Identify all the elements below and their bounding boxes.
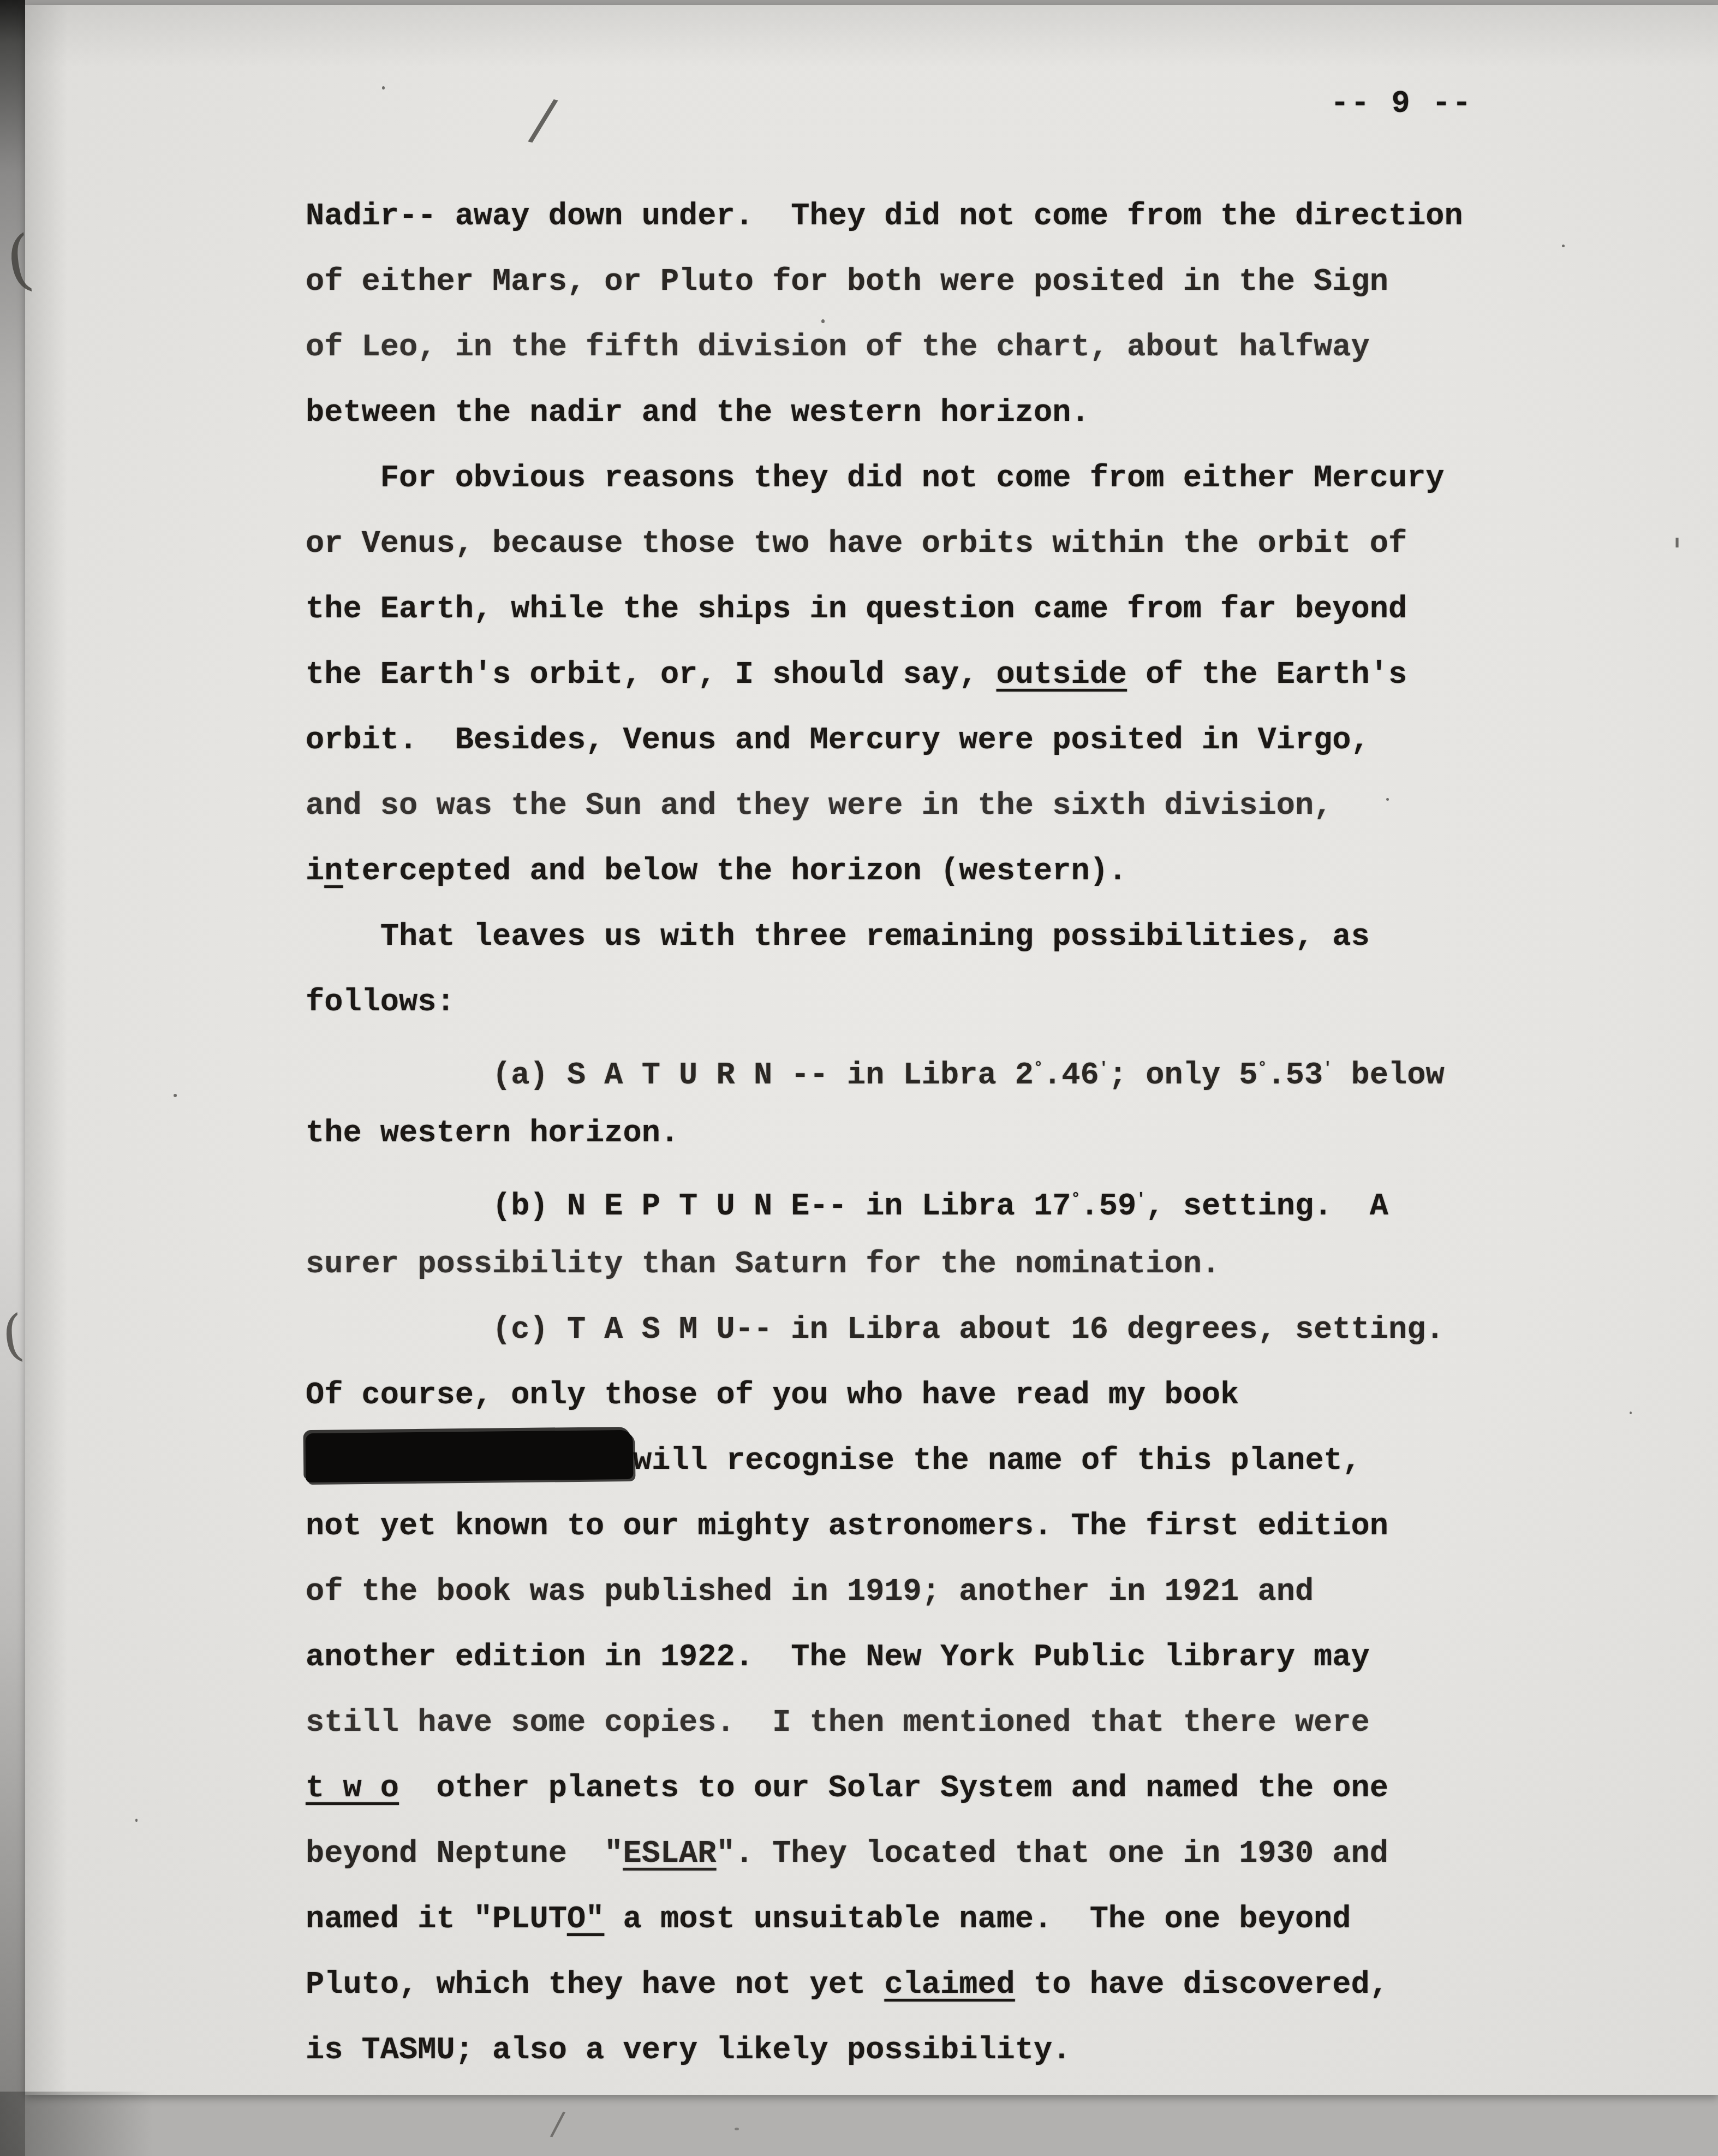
text-segment: Of course, only those of you who have re… [306,1378,1239,1413]
text-segment: ; only 5 [1108,1058,1258,1093]
text-line: and so was the Sun and they were in the … [306,773,1594,839]
scan-edge-left [0,0,25,2156]
text-line: (b) N E P T U N E-- in Libra 17°.59', se… [306,1166,1594,1232]
text-segment: Nadir-- away down under. They did not co… [306,199,1463,234]
text-segment: not yet known to our mighty astronomers.… [306,1509,1388,1544]
text-segment: ' [1099,1059,1108,1077]
text-line: not yet known to our mighty astronomers.… [306,1494,1594,1559]
page-number: -- 9 -- [1331,87,1472,122]
text-segment: and so was the Sun and they were in the … [306,789,1332,824]
text-line: will recognise the name of this planet, [306,1428,1594,1494]
text-line: Of course, only those of you who have re… [306,1363,1594,1428]
underlined-text: ESLAR [623,1837,717,1872]
redaction-block [306,1430,634,1482]
text-line: intercepted and below the horizon (weste… [306,839,1594,904]
text-line: (c) T A S M U-- in Libra about 16 degree… [306,1297,1594,1363]
text-segment: a most unsuitable name. The one beyond [604,1902,1351,1937]
text-segment: follows: [306,985,455,1020]
underlined-text: claimed [884,1968,1015,2003]
text-line: beyond Neptune "ESLAR". They located tha… [306,1821,1594,1887]
text-segment: For obvious reasons they did not come fr… [306,461,1445,496]
text-segment: the Earth, while the ships in question c… [306,592,1407,627]
text-segment: or Venus, because those two have orbits … [306,527,1407,562]
scan-speck [821,319,825,323]
text-segment: beyond Neptune " [306,1837,623,1872]
document-page: -- 9 -- Nadir-- away down under. They di… [25,5,1718,2095]
text-line: surer possibility than Saturn for the no… [306,1232,1594,1297]
scan-speck [735,2128,739,2130]
text-line: another edition in 1922. The New York Pu… [306,1625,1594,1690]
text-line: named it "PLUTO" a most unsuitable name.… [306,1887,1594,1952]
text-segment: another edition in 1922. The New York Pu… [306,1640,1370,1675]
text-segment: is TASMU; also a very likely possibility… [306,2033,1071,2068]
scan-speck [1386,798,1389,801]
scan-speck [1630,1411,1632,1414]
text-segment: tercepted and below the horizon (western… [343,854,1127,889]
text-segment: (c) T A S M U-- in Libra about 16 degree… [306,1313,1445,1348]
scan-edge-top [0,0,1718,5]
text-segment: ° [1258,1059,1267,1077]
scan-corner-shade [0,2092,153,2156]
text-segment: ' [1136,1190,1146,1208]
scan-speck [135,1819,138,1822]
scanned-document: -- 9 -- Nadir-- away down under. They di… [0,0,1718,2156]
pen-mark: / [549,2104,566,2143]
scan-speck [174,1094,177,1097]
text-segment: (b) N E P T U N E-- in Libra 17 [306,1189,1071,1224]
underlined-text: n [324,854,343,889]
text-line: For obvious reasons they did not come fr… [306,446,1594,511]
text-line: of Leo, in the fifth division of the cha… [306,315,1594,380]
text-segment: orbit. Besides, Venus and Mercury were p… [306,723,1370,758]
text-line: the Earth's orbit, or, I should say, out… [306,642,1594,708]
text-segment: .53 [1267,1058,1323,1093]
text-segment: i [306,854,324,889]
text-segment: That leaves us with three remaining poss… [306,920,1370,955]
text-segment: , setting. A [1146,1189,1388,1224]
text-line: Nadir-- away down under. They did not co… [306,184,1594,249]
text-line: Pluto, which they have not yet claimed t… [306,1952,1594,2018]
text-line: the western horizon. [306,1101,1594,1166]
text-segment: Pluto, which they have not yet [306,1968,884,2003]
document-text: Nadir-- away down under. They did not co… [306,184,1594,2083]
pen-mark: ' [1672,531,1682,573]
underlined-text: O" [567,1902,604,1937]
text-segment: of the book was published in 1919; anoth… [306,1575,1314,1610]
text-segment: the Earth's orbit, or, I should say, [306,658,997,693]
text-segment: .46 [1043,1058,1099,1093]
text-segment: ° [1034,1059,1043,1077]
text-line: orbit. Besides, Venus and Mercury were p… [306,708,1594,773]
text-segment: ". They located that one in 1930 and [717,1837,1388,1872]
underlined-text: outside [997,658,1127,693]
text-segment: between the nadir and the western horizo… [306,396,1090,431]
text-segment: ° [1071,1190,1080,1208]
text-segment: .59 [1081,1189,1137,1224]
text-line: of either Mars, or Pluto for both were p… [306,249,1594,315]
text-segment: to have discovered, [1015,1968,1388,2003]
text-line: is TASMU; also a very likely possibility… [306,2018,1594,2083]
text-segment: will recognise the name of this planet, [633,1444,1361,1479]
text-line: of the book was published in 1919; anoth… [306,1559,1594,1625]
scan-speck [382,86,385,90]
text-line: or Venus, because those two have orbits … [306,511,1594,577]
text-segment: still have some copies. I then mentioned… [306,1706,1370,1741]
text-segment: ' [1323,1059,1332,1077]
text-line: follows: [306,970,1594,1035]
text-segment: of Leo, in the fifth division of the cha… [306,330,1370,365]
text-line: between the nadir and the western horizo… [306,380,1594,446]
text-segment: the western horizon. [306,1116,679,1151]
text-segment: (a) S A T U R N -- in Libra 2 [306,1058,1034,1093]
text-line: still have some copies. I then mentioned… [306,1690,1594,1756]
text-segment: other planets to our Solar System and na… [399,1771,1388,1806]
text-segment: named it "PLUT [306,1902,567,1937]
text-segment: of either Mars, or Pluto for both were p… [306,265,1388,300]
text-line: t w o other planets to our Solar System … [306,1756,1594,1821]
text-line: That leaves us with three remaining poss… [306,904,1594,970]
text-segment: of the Earth's [1127,658,1407,693]
scan-speck [1562,245,1565,247]
text-segment: surer possibility than Saturn for the no… [306,1247,1220,1282]
text-line: the Earth, while the ships in question c… [306,577,1594,642]
text-segment: below [1332,1058,1444,1093]
text-line: (a) S A T U R N -- in Libra 2°.46'; only… [306,1035,1594,1101]
underlined-text: t w o [306,1771,399,1806]
